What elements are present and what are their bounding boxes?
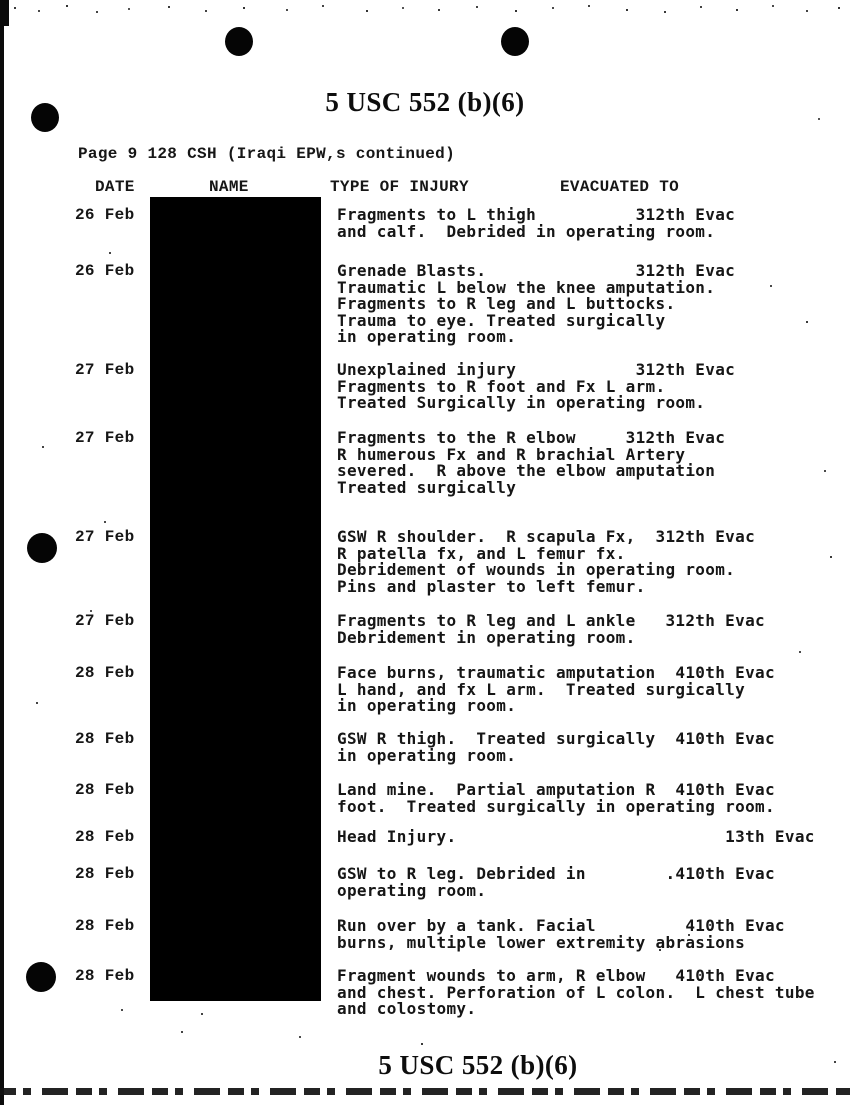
row-date: 28 Feb: [75, 866, 135, 883]
row-injury-and-evac-text: GSW R thigh. Treated surgically 410th Ev…: [337, 731, 775, 764]
row-date: 28 Feb: [75, 829, 135, 846]
scan-corner-notch: [0, 0, 9, 26]
foia-exemption-stamp-top: 5 USC 552 (b)(6): [0, 87, 850, 118]
column-header-name: NAME: [209, 179, 249, 196]
scan-noise-specks: [0, 0, 2, 2]
row-date: 28 Feb: [75, 968, 135, 985]
hole-punch-dot-top-right: [501, 27, 529, 56]
row-date: 26 Feb: [75, 207, 135, 224]
row-injury-and-evac-text: GSW to R leg. Debrided in .410th Evac op…: [337, 866, 775, 899]
row-date: 28 Feb: [75, 918, 135, 935]
column-header-type-of-injury: TYPE OF INJURY: [330, 179, 469, 196]
row-injury-and-evac-text: Land mine. Partial amputation R 410th Ev…: [337, 782, 775, 815]
row-date: 28 Feb: [75, 731, 135, 748]
row-injury-and-evac-text: Fragments to R leg and L ankle 312th Eva…: [337, 613, 765, 646]
scan-edge-bottom: [0, 1088, 850, 1095]
hole-punch-dot-top-left: [225, 27, 253, 56]
row-date: 27 Feb: [75, 362, 135, 379]
row-date: 27 Feb: [75, 430, 135, 447]
row-injury-and-evac-text: Run over by a tank. Facial 410th Evac bu…: [337, 918, 785, 951]
column-header-date: DATE: [95, 179, 135, 196]
scanned-document-page: 5 USC 552 (b)(6) 5 USC 552 (b)(6) Page 9…: [0, 0, 850, 1105]
row-injury-and-evac-text: Fragments to the R elbow 312th Evac R hu…: [337, 430, 725, 496]
row-injury-and-evac-text: Unexplained injury 312th Evac Fragments …: [337, 362, 735, 412]
row-injury-and-evac-text: Face burns, traumatic amputation 410th E…: [337, 665, 775, 715]
hole-punch-dot-left-middle: [27, 533, 57, 563]
row-date: 28 Feb: [75, 665, 135, 682]
row-date: 28 Feb: [75, 782, 135, 799]
scan-edge-left: [0, 0, 4, 1105]
hole-punch-dot-left-lower: [26, 962, 56, 992]
row-injury-and-evac-text: Fragments to L thigh 312th Evac and calf…: [337, 207, 735, 240]
row-injury-and-evac-text: Head Injury. 13th Evac: [337, 829, 815, 846]
redaction-box-names: [150, 197, 321, 1001]
row-injury-and-evac-text: Fragment wounds to arm, R elbow 410th Ev…: [337, 968, 815, 1018]
column-header-evacuated-to: EVACUATED TO: [560, 179, 679, 196]
row-date: 26 Feb: [75, 263, 135, 280]
row-injury-and-evac-text: Grenade Blasts. 312th Evac Traumatic L b…: [337, 263, 735, 346]
row-injury-and-evac-text: GSW R shoulder. R scapula Fx, 312th Evac…: [337, 529, 755, 595]
row-date: 27 Feb: [75, 613, 135, 630]
foia-exemption-stamp-bottom: 5 USC 552 (b)(6): [53, 1050, 850, 1081]
page-header-line: Page 9 128 CSH (Iraqi EPW,s continued): [78, 146, 455, 163]
row-date: 27 Feb: [75, 529, 135, 546]
